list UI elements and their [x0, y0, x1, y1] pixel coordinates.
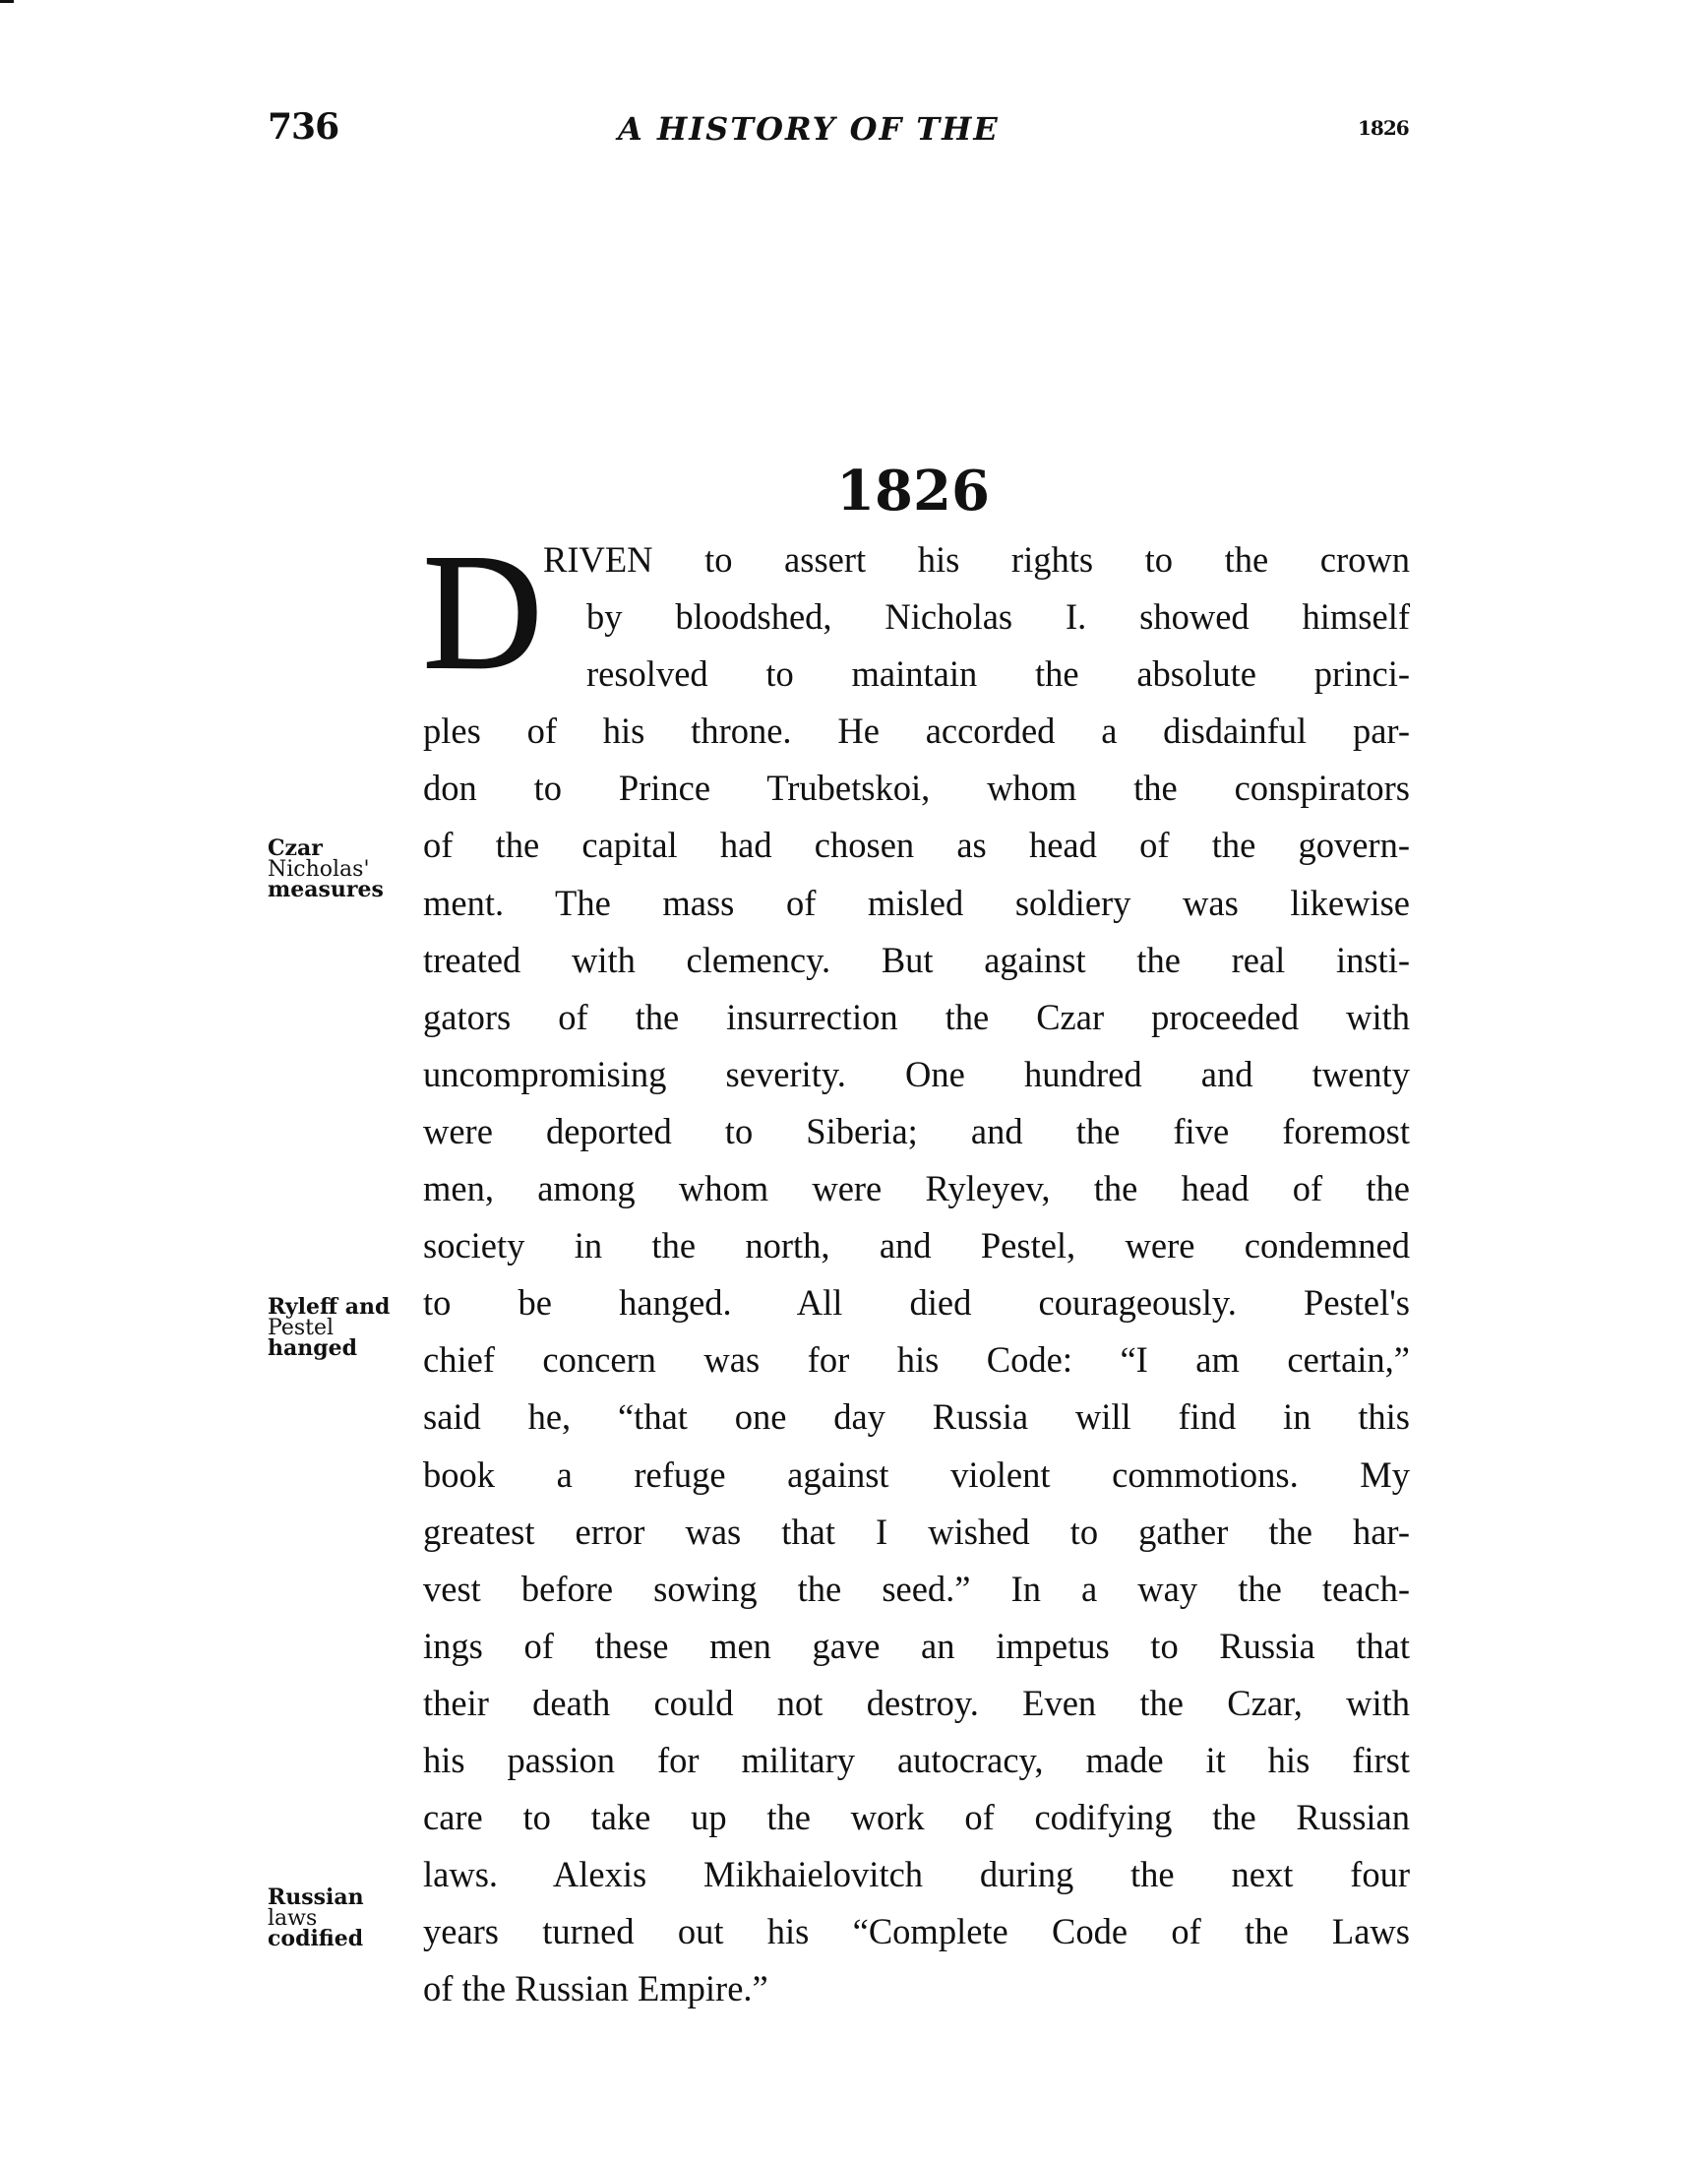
text-line: don to Prince Trubetskoi, whom the consp…	[423, 760, 1410, 817]
body-text: D RIVEN to assert his rights to the crow…	[423, 531, 1410, 2017]
text-line: said he, “that one day Russia will find …	[423, 1389, 1410, 1446]
text-line: of the Russian Empire.”	[423, 1960, 1410, 2017]
side-note-czar-measures: Czar Nicholas' measures	[268, 838, 384, 900]
side-note-line: hanged	[268, 1338, 390, 1359]
text-line: society in the north, and Pestel, were c…	[423, 1217, 1410, 1274]
side-note-line: measures	[268, 880, 384, 900]
text-line: his passion for military autocracy, made…	[423, 1732, 1410, 1789]
page-number: 736	[268, 106, 338, 148]
text-line: ment. The mass of misled soldiery was li…	[423, 875, 1410, 932]
text-line: of the capital had chosen as head of the…	[423, 817, 1410, 874]
text-line: were deported to Siberia; and the five f…	[423, 1103, 1410, 1160]
running-head-year: 1826	[1358, 116, 1409, 140]
text-line: by bloodshed, Nicholas I. showed himself	[423, 588, 1410, 646]
text-line: treated with clemency. But against the r…	[423, 932, 1410, 989]
text-line: laws. Alexis Mikhaielovitch during the n…	[423, 1846, 1410, 1903]
text-line: chief concern was for his Code: “I am ce…	[423, 1331, 1410, 1389]
text-line: men, among whom were Ryleyev, the head o…	[423, 1160, 1410, 1217]
text-line: gators of the insurrection the Czar proc…	[423, 989, 1410, 1046]
side-note-line: codified	[268, 1929, 364, 1949]
text-line: resolved to maintain the absolute princi…	[423, 646, 1410, 703]
text-line: to be hanged. All died courageously. Pes…	[423, 1274, 1410, 1331]
text-line: uncompromising severity. One hundred and…	[423, 1046, 1410, 1103]
text-line: ples of his throne. He accorded a disdai…	[423, 703, 1410, 760]
side-note-line: Czar	[268, 838, 384, 859]
scan-artifact-mark	[0, 0, 14, 3]
running-head: 736 A HISTORY OF THE 1826	[0, 106, 1708, 155]
side-note-line: Ryleff and	[268, 1297, 390, 1318]
text-line: greatest error was that I wished to gath…	[423, 1504, 1410, 1561]
text-line: vest before sowing the seed.” In a way t…	[423, 1561, 1410, 1618]
drop-cap: D	[423, 543, 542, 681]
text-line: their death could not destroy. Even the …	[423, 1675, 1410, 1732]
running-head-title: A HISTORY OF THE	[618, 110, 1000, 148]
text-line: care to take up the work of codifying th…	[423, 1789, 1410, 1846]
side-note-line: Russian	[268, 1887, 364, 1908]
side-note-russian-laws: Russian laws codified	[268, 1887, 364, 1949]
chapter-year-heading: 1826	[0, 459, 1708, 524]
text-line: RIVEN to assert his rights to the crown	[423, 531, 1410, 588]
text-line: book a refuge against violent commotions…	[423, 1447, 1410, 1504]
text-line: years turned out his “Complete Code of t…	[423, 1903, 1410, 1960]
side-note-ryleff-pestel: Ryleff and Pestel hanged	[268, 1297, 390, 1359]
text-line: ings of these men gave an impetus to Rus…	[423, 1618, 1410, 1675]
